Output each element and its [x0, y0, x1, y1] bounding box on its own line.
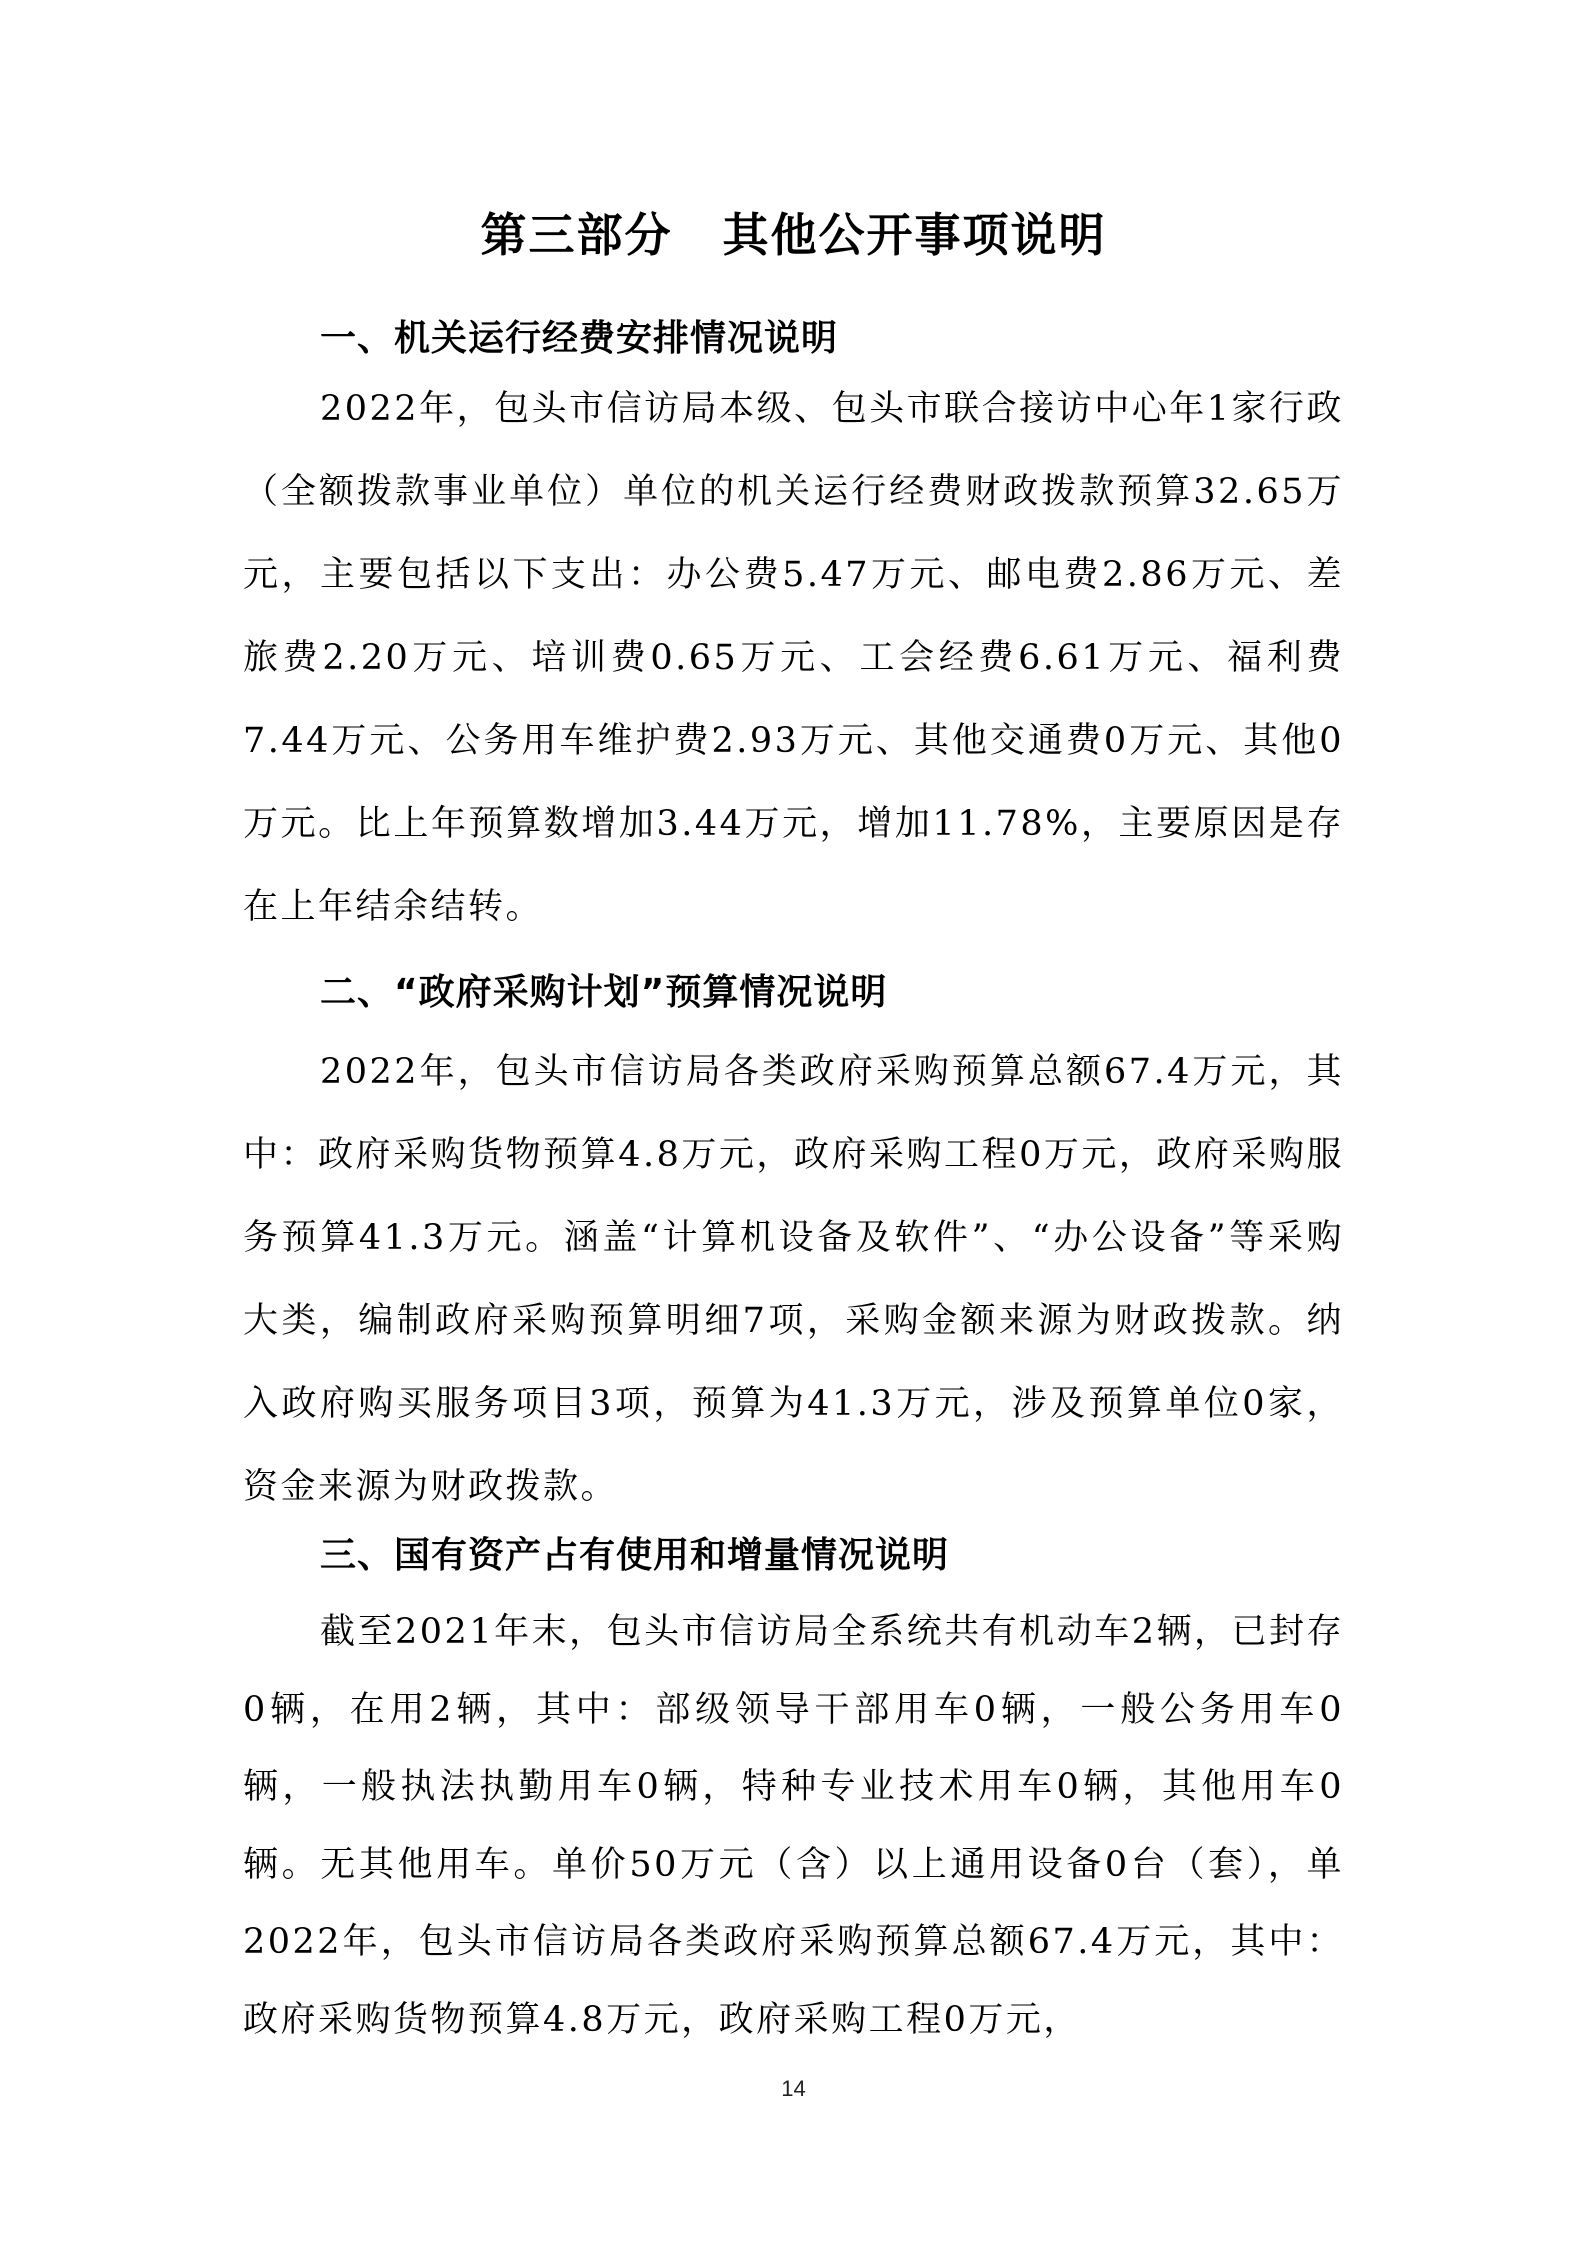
title-part: 第三部分 [481, 208, 673, 262]
section-body-2: 2022年，包头市信访局各类政府采购预算总额67.4万元，其中：政府采购货物预算… [243, 1031, 1344, 1529]
document-page: 第三部分其他公开事项说明 一、机关运行经费安排情况说明 2022年，包头市信访局… [0, 0, 1587, 2245]
section-heading-1: 一、机关运行经费安排情况说明 [320, 314, 838, 364]
page-title: 第三部分其他公开事项说明 [0, 205, 1587, 265]
section-body-1: 2022年，包头市信访局本级、包头市联合接访中心年1家行政（全额拨款事业单位）单… [243, 368, 1344, 949]
title-main: 其他公开事项说明 [723, 208, 1107, 262]
section-heading-2: 二、“政府采购计划”预算情况说明 [320, 968, 887, 1018]
section-body-3: 截至2021年末，包头市信访局全系统共有机动车2辆，已封存0辆，在用2辆，其中：… [243, 1594, 1344, 2059]
page-number: 14 [0, 2076, 1587, 2102]
section-heading-3: 三、国有资产占有使用和增量情况说明 [320, 1531, 949, 1581]
